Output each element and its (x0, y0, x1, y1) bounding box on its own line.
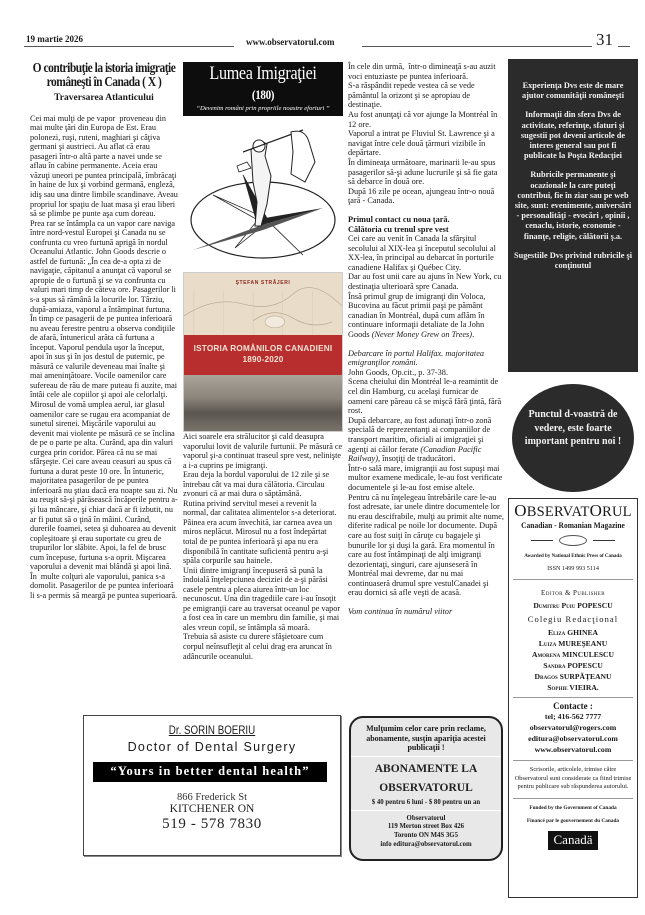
section-subheading: Primul contact cu noua ţară. (348, 215, 504, 225)
compass-rose-icon (183, 120, 343, 270)
book-years: 1890-2020 (184, 354, 342, 365)
body-text: Scena cheiului din Montréal le-a reamint… (348, 377, 503, 453)
logo-text: RUL (602, 504, 632, 520)
email-link[interactable]: editura@observatorul.com (513, 733, 633, 744)
board-member: Eliza GHINEA (513, 627, 633, 638)
dental-slogan: “Yours in better dental health” (93, 762, 327, 782)
email-link[interactable]: observatorul@rogers.com (513, 722, 633, 733)
header-rule (362, 46, 592, 47)
group-photo (184, 375, 342, 432)
article-headline: O contribuţie la istoria imigraţie român… (30, 62, 178, 90)
info-paragraph: Experienţa Dvs este de mare ajutor comun… (514, 81, 632, 101)
email-link[interactable]: info editura@observatorul.com (351, 841, 501, 850)
dental-advertisement: Dr. SORIN BOERIU Doctor of Dental Surger… (83, 715, 341, 856)
divider (531, 540, 553, 541)
column-title: Lumea Imigraţiei (180) (197, 64, 330, 105)
column-banner: Lumea Imigraţiei (180) “Devenim români p… (183, 62, 343, 116)
disclaimer: Scrisorile, articolele, trimise către Ob… (513, 766, 633, 799)
publication-tagline: Canadian - Romanian Magazine (520, 520, 626, 531)
dental-phone: 519 - 578 7830 (84, 815, 340, 833)
header-rule (24, 46, 234, 47)
article-body: Aici soarele era strălucitor şi cald dea… (183, 432, 343, 661)
column-title-text: Lumea Imigraţiei (209, 63, 316, 84)
column-issue-number: (180) (252, 87, 274, 102)
map-background (184, 286, 342, 336)
article-middle-column: Lumea Imigraţiei (180) “Devenim români p… (183, 62, 343, 661)
header-rule (618, 46, 630, 47)
article-body-paragraph: Cei care au venit în Canada la sfârşitul… (348, 234, 504, 340)
book-cover-image: ŞTEFAN STRĂJERI ISTORIA ROMÂNILOR CANADI… (183, 272, 343, 432)
canada-wordmark-logo: Canadä (548, 831, 599, 850)
dental-address: 866 Frederick St (84, 792, 340, 803)
issn: ISSN 1499 993 5114 (513, 565, 633, 580)
editorial-board-label: Colegiu Redacţional (513, 614, 633, 624)
editor-label: Editor & Publisher (513, 589, 633, 597)
board-member: Luiza MUREŞEANU (513, 638, 633, 649)
address-line: 119 Merton street Box 426 (351, 823, 501, 832)
dentist-title: Doctor of Dental Surgery (84, 740, 340, 754)
citation: John Goods, Op.cit., p. 37-38. (348, 368, 504, 378)
logo-text: BSERVAT (527, 504, 590, 520)
logo-letter: O (590, 501, 602, 520)
subscription-publication: OBSERVATORUL (351, 782, 501, 796)
migrant-compass-illustration (183, 120, 343, 270)
funding-note-fr: Financé par le gouvernement du Canada (513, 818, 633, 826)
address-line: Toronto ON M4S 3G5 (351, 832, 501, 841)
award-note: Awarded by National Ethnic Press of Cana… (519, 552, 627, 560)
book-title-band: ISTORIA ROMÂNILOR CANADIENI 1890-2020 (184, 335, 342, 375)
board-member: Amorena MINCULESCU (513, 649, 633, 660)
board-member: Dragos SURPĂŢEANU (513, 671, 633, 682)
subscription-heading: ABONAMENTE LA (351, 763, 501, 777)
book-title: ISTORIA ROMÂNILOR CANADIENI (184, 343, 342, 354)
continued-note: Vom continua în numărul viitor (348, 607, 504, 617)
article-right-column: În cele din urmă, într-o dimineaţă s-au … (348, 62, 504, 617)
website-link[interactable]: www.observatorul.com (513, 744, 633, 761)
masthead-box: OBSERVATORUL Canadian - Romanian Magazin… (508, 498, 638, 898)
page-header: 19 martie 2026 www.observatorul.com 31 (24, 34, 630, 50)
issue-date: 19 martie 2026 (26, 34, 83, 44)
editorial-board-list: Eliza GHINEA Luiza MUREŞEANU Amorena MIN… (513, 627, 633, 698)
divider (593, 540, 615, 541)
article-left-column: O contribuţie la istoria imigraţie român… (30, 62, 178, 600)
emblem-row (513, 535, 633, 546)
header-website-link[interactable]: www.observatorul.com (246, 37, 335, 47)
board-member: Sandra POPESCU (513, 660, 633, 671)
info-paragraph: Sugestiile Dvs privind rubricile şi conţ… (514, 251, 632, 271)
page-number: 31 (596, 30, 613, 50)
address-line: Observatorul (351, 815, 501, 824)
section-subheading: Călătoria cu trenul spre vest (348, 225, 504, 235)
book-reference: (Never Money Grew on Trees) (372, 330, 472, 339)
info-paragraph: Informaţii din sfera Dvs de activitate, … (514, 110, 632, 161)
article-body: Cei mai mulţi de pe vapor proveneau din … (30, 114, 178, 601)
dentist-name: Dr. SORIN BOERIU (103, 725, 321, 737)
subscription-advertisement: Mulţumim celor care prin reclame, abonam… (349, 716, 503, 861)
article-body: În cele din urmă, într-o dimineaţă s-au … (348, 62, 504, 206)
article-subheadline: Traversarea Atlanticului (30, 94, 178, 104)
column-motto: “Devenim români prin propriile noastre e… (185, 105, 341, 113)
logo-letter: O (514, 501, 526, 520)
body-text: . (472, 330, 474, 339)
opinion-callout-circle: Punctul d-voastră de vedere, este foarte… (512, 384, 634, 492)
subscription-address: Observatorul 119 Merton street Box 426 T… (351, 815, 501, 849)
funding-note-en: Funded by the Government of Canada (513, 805, 633, 813)
subscription-price: $ 40 pentru 6 luni - $ 80 pentru un an (351, 799, 501, 811)
dental-city: KITCHENER ON (84, 803, 340, 815)
contacts-heading: Contacte : (513, 701, 633, 711)
phone-number: tel; 416-562 7777 (513, 711, 633, 722)
image-caption: Debarcare în portul Halifax. majoritatea… (348, 349, 504, 368)
body-text: , însoţiţi de traducători. Într-o sală m… (348, 454, 506, 597)
board-member: Sophie VIEIRA. (513, 682, 633, 693)
publisher-name: Dumitru Puiu POPESCU (513, 601, 633, 610)
publication-logo: OBSERVATORUL (513, 503, 633, 520)
thanks-message: Mulţumim celor care prin reclame, abonam… (351, 718, 501, 757)
article-body-paragraph: Scena cheiului din Montréal le-a reamint… (348, 377, 504, 598)
body-text: Cei care au venit în Canada la sfârşitul… (348, 234, 504, 339)
contribute-info-box: Experienţa Dvs este de mare ajutor comun… (508, 59, 638, 372)
info-paragraph: Rubricile permanente şi ocazionale la ca… (514, 170, 632, 241)
award-emblem-icon (559, 535, 587, 546)
